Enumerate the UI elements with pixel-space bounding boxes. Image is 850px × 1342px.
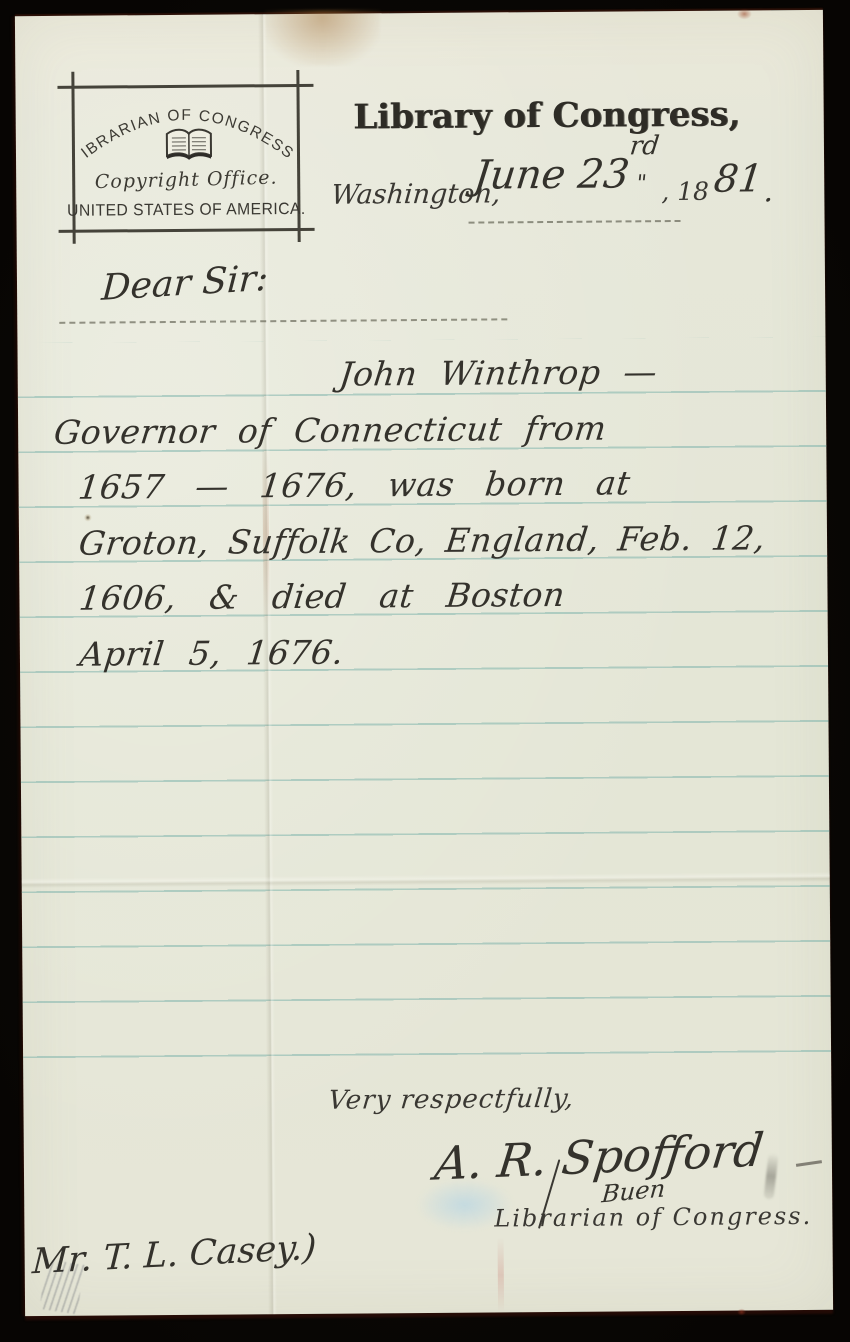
pencil-smudge — [763, 1153, 778, 1200]
body-line: Governor of Connecticut from — [52, 409, 609, 452]
open-book-icon — [163, 126, 215, 166]
signature: A. R. Spofford — [432, 1123, 766, 1191]
handwritten-date: June 23 — [472, 151, 632, 198]
body-line: Groton, Suffolk Co, England, Feb. 12, — [77, 518, 768, 562]
photo-background: LIBRARIAN OF CONGRESS. Copyright Office.… — [0, 0, 850, 1342]
printed-year-prefix: , 18 — [661, 177, 709, 206]
rust-speck — [737, 1308, 746, 1315]
ink-smear — [39, 1259, 84, 1314]
signature-dash — [796, 1160, 822, 1167]
stamp-border-bottom — [59, 228, 315, 233]
handwritten-ditto-mark: " — [635, 171, 648, 196]
signature-printed-title: Librarian of Congress. — [494, 1202, 812, 1232]
handwritten-date-period: . — [762, 174, 776, 209]
masthead-title: Library of Congress, — [347, 94, 747, 137]
body-line: 1606, & died at Boston — [77, 575, 567, 618]
bottom-crease-mark — [498, 1237, 505, 1312]
salutation-dotted-line — [59, 300, 507, 324]
body-line: 1657 — 1676, was born at — [76, 463, 632, 506]
copyright-office-stamp: LIBRARIAN OF CONGRESS. Copyright Office.… — [57, 70, 314, 244]
date-dotted-line — [468, 202, 680, 224]
body-line: April 5, 1676. — [78, 633, 346, 674]
stamp-usa-label: UNITED STATES OF AMERICA. — [65, 200, 308, 221]
ink-speck — [84, 514, 92, 522]
stain-spot — [737, 8, 752, 19]
handwritten-date-superscript: rd — [628, 131, 661, 161]
closing-valediction: Very respectfully, — [327, 1084, 576, 1116]
handwritten-year: 81 — [712, 156, 765, 200]
top-edge-stain — [265, 9, 380, 66]
salutation: Dear Sir: — [100, 258, 269, 309]
body-line: John Winthrop — — [337, 352, 659, 394]
letter-paper: LIBRARIAN OF CONGRESS. Copyright Office.… — [15, 10, 833, 1316]
